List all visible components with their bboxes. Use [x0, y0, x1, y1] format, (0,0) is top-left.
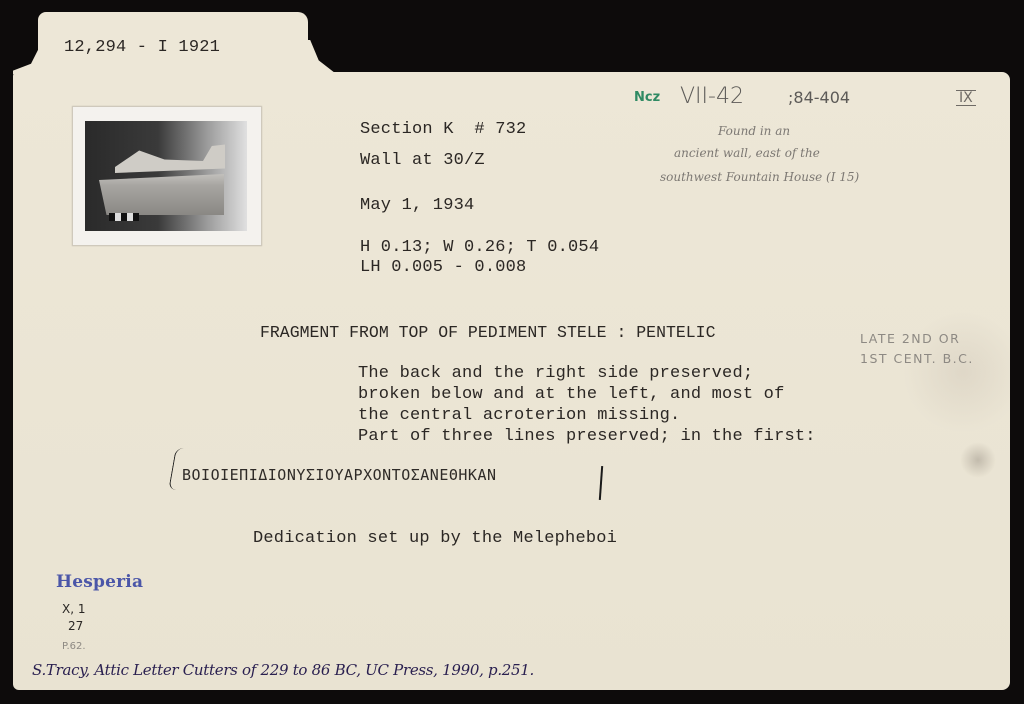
ref-extra: ;84-404	[788, 88, 850, 107]
description-line-4: Part of three lines preserved; in the fi…	[358, 427, 816, 446]
fragment-photo	[85, 121, 247, 231]
photo-scale-bar-icon	[109, 213, 139, 221]
journal-stamp: Hesperia	[56, 572, 143, 592]
card-tab-right-shoulder	[300, 40, 334, 74]
description-title: FRAGMENT FROM TOP OF PEDIMENT STELE : PE…	[260, 323, 715, 342]
dating-line-2: 1ST CENT. B.C.	[860, 351, 974, 366]
dating-line-1: LATE 2ND OR	[860, 331, 960, 346]
accession-number: 12,294 - I 1921	[64, 38, 220, 57]
description-line-1: The back and the right side preserved;	[358, 364, 753, 383]
greek-inscription-line: ΒΟΙΟΙΕΠΙΔΙΟΝΥΣΙΟΥΑΡΧΟΝΤΟΣΑΝΕΘΗΚΑΝ	[182, 466, 497, 484]
find-location: Wall at 30/Z	[360, 151, 485, 170]
journal-page: P.62.	[62, 641, 86, 652]
findspot-line-3: southwest Fountain House (I 15)	[660, 170, 859, 184]
description-line-2: broken below and at the left, and most o…	[358, 385, 784, 404]
journal-number: 27	[68, 619, 83, 633]
summary-text: Dedication set up by the Melepheboi	[253, 529, 617, 548]
photo-pediment-shape	[115, 143, 225, 173]
dimensions: H 0.13; W 0.26; T 0.054	[360, 238, 599, 257]
journal-volume: X, 1	[62, 602, 85, 616]
findspot-line-2: ancient wall, east of the	[674, 146, 820, 160]
description-line-3: the central acroterion missing.	[358, 406, 680, 425]
volume-mark: IX	[956, 90, 976, 106]
photo-mount	[72, 106, 262, 246]
findspot-line-1: Found in an	[718, 124, 790, 138]
ref-stamp: Ncz	[634, 90, 660, 105]
section-number: Section K # 732	[360, 120, 526, 139]
find-date: May 1, 1934	[360, 196, 474, 215]
index-card-scan: 12,294 - I 1921 Section K # 732 Wall at …	[0, 0, 1024, 704]
citation-note: S.Tracy, Attic Letter Cutters of 229 to …	[32, 661, 534, 679]
ref-number: VII-42	[680, 84, 744, 109]
letter-height: LH 0.005 - 0.008	[360, 258, 526, 277]
